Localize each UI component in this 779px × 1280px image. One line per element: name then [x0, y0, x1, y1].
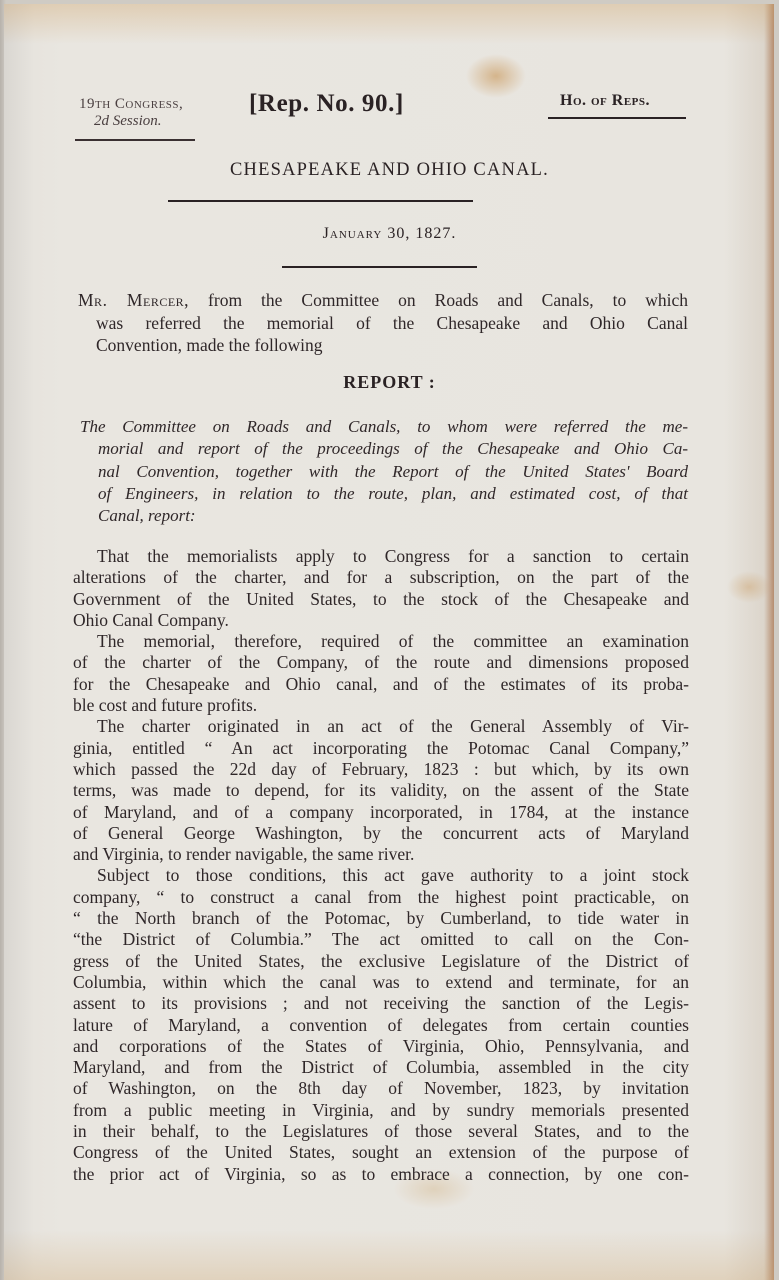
report-body: That the memorialists apply to Congress … [73, 546, 689, 1185]
body-line: in their behalf, to the Legislatures of … [73, 1121, 689, 1142]
body-line: Maryland, and from the District of Colum… [73, 1057, 689, 1078]
body-line: and corporations of the States of Virgin… [73, 1036, 689, 1057]
body-line: alterations of the charter, and for a su… [73, 567, 689, 588]
report-number: [Rep. No. 90.] [249, 90, 404, 118]
committee-line: of Engineers, in relation to the route, … [80, 483, 688, 505]
paragraph: The charter originated in an act of the … [73, 716, 689, 865]
body-line: Congress of the United States, sought an… [73, 1142, 689, 1163]
body-line: Ohio Canal Company. [73, 610, 689, 631]
speaker-name: Mr. Mercer, [78, 290, 189, 310]
intro-line: from the Committee on Roads and Canals, … [189, 290, 688, 310]
body-line: terms, was made to depend, for its valid… [73, 780, 689, 801]
paragraph: The memorial, therefore, required of the… [73, 631, 689, 716]
document-header: 19th Congress, 2d Session. [Rep. No. 90.… [0, 0, 779, 150]
house-rule [548, 117, 686, 119]
paragraph: Subject to those conditions, this act ga… [73, 865, 689, 1184]
house-of-representatives: Ho. of Reps. [560, 92, 650, 110]
body-line: of Maryland, and of a company incorporat… [73, 802, 689, 823]
document-date: January 30, 1827. [0, 225, 779, 243]
title-rule [168, 200, 473, 202]
congress-session: 19th Congress, 2d Session. [79, 96, 213, 130]
body-line: “the District of Columbia.” The act omit… [73, 929, 689, 950]
committee-line: Canal, report: [80, 505, 688, 527]
committee-line: nal Convention, together with the Report… [80, 461, 688, 483]
body-line: company, “ to construct a canal from the… [73, 887, 689, 908]
body-line: of Washington, on the 8th day of Novembe… [73, 1078, 689, 1099]
body-line: The charter originated in an act of the … [73, 716, 689, 737]
committee-line: The Committee on Roads and Canals, to wh… [80, 416, 688, 438]
intro-line: was referred the memorial of the Chesape… [78, 312, 688, 335]
body-line: and Virginia, to render navigable, the s… [73, 844, 689, 865]
session-number: 2d Session. [79, 113, 213, 130]
paragraph: That the memorialists apply to Congress … [73, 546, 689, 631]
report-heading: REPORT : [0, 372, 779, 393]
body-line: gress of the United States, the exclusiv… [73, 951, 689, 972]
body-line: The memorial, therefore, required of the… [73, 631, 689, 652]
body-line: That the memorialists apply to Congress … [73, 546, 689, 567]
committee-line: morial and report of the proceedings of … [80, 438, 688, 460]
body-line: the prior act of Virginia, so as to embr… [73, 1164, 689, 1185]
intro-line: Convention, made the following [78, 334, 688, 357]
committee-statement: The Committee on Roads and Canals, to wh… [80, 416, 688, 527]
body-line: “ the North branch of the Potomac, by Cu… [73, 908, 689, 929]
document-title: CHESAPEAKE AND OHIO CANAL. [0, 160, 779, 181]
body-line: ble cost and future profits. [73, 695, 689, 716]
body-line: which passed the 22d day of February, 18… [73, 759, 689, 780]
congress-number: 19th Congress, [79, 96, 213, 113]
body-line: assent to its provisions ; and not recei… [73, 993, 689, 1014]
body-line: for the Chesapeake and Ohio canal, and o… [73, 674, 689, 695]
body-line: ginia, entitled “ An act incorporating t… [73, 738, 689, 759]
body-line: lature of Maryland, a convention of dele… [73, 1015, 689, 1036]
body-line: Columbia, within which the canal was to … [73, 972, 689, 993]
body-line: from a public meeting in Virginia, and b… [73, 1100, 689, 1121]
body-line: Government of the United States, to the … [73, 589, 689, 610]
body-line: Subject to those conditions, this act ga… [73, 865, 689, 886]
date-rule [282, 266, 477, 268]
intro-paragraph: Mr. Mercer, from the Committee on Roads … [78, 289, 688, 357]
body-line: of the charter of the Company, of the ro… [73, 652, 689, 673]
congress-rule [75, 139, 195, 141]
body-line: of General George Washington, by the con… [73, 823, 689, 844]
